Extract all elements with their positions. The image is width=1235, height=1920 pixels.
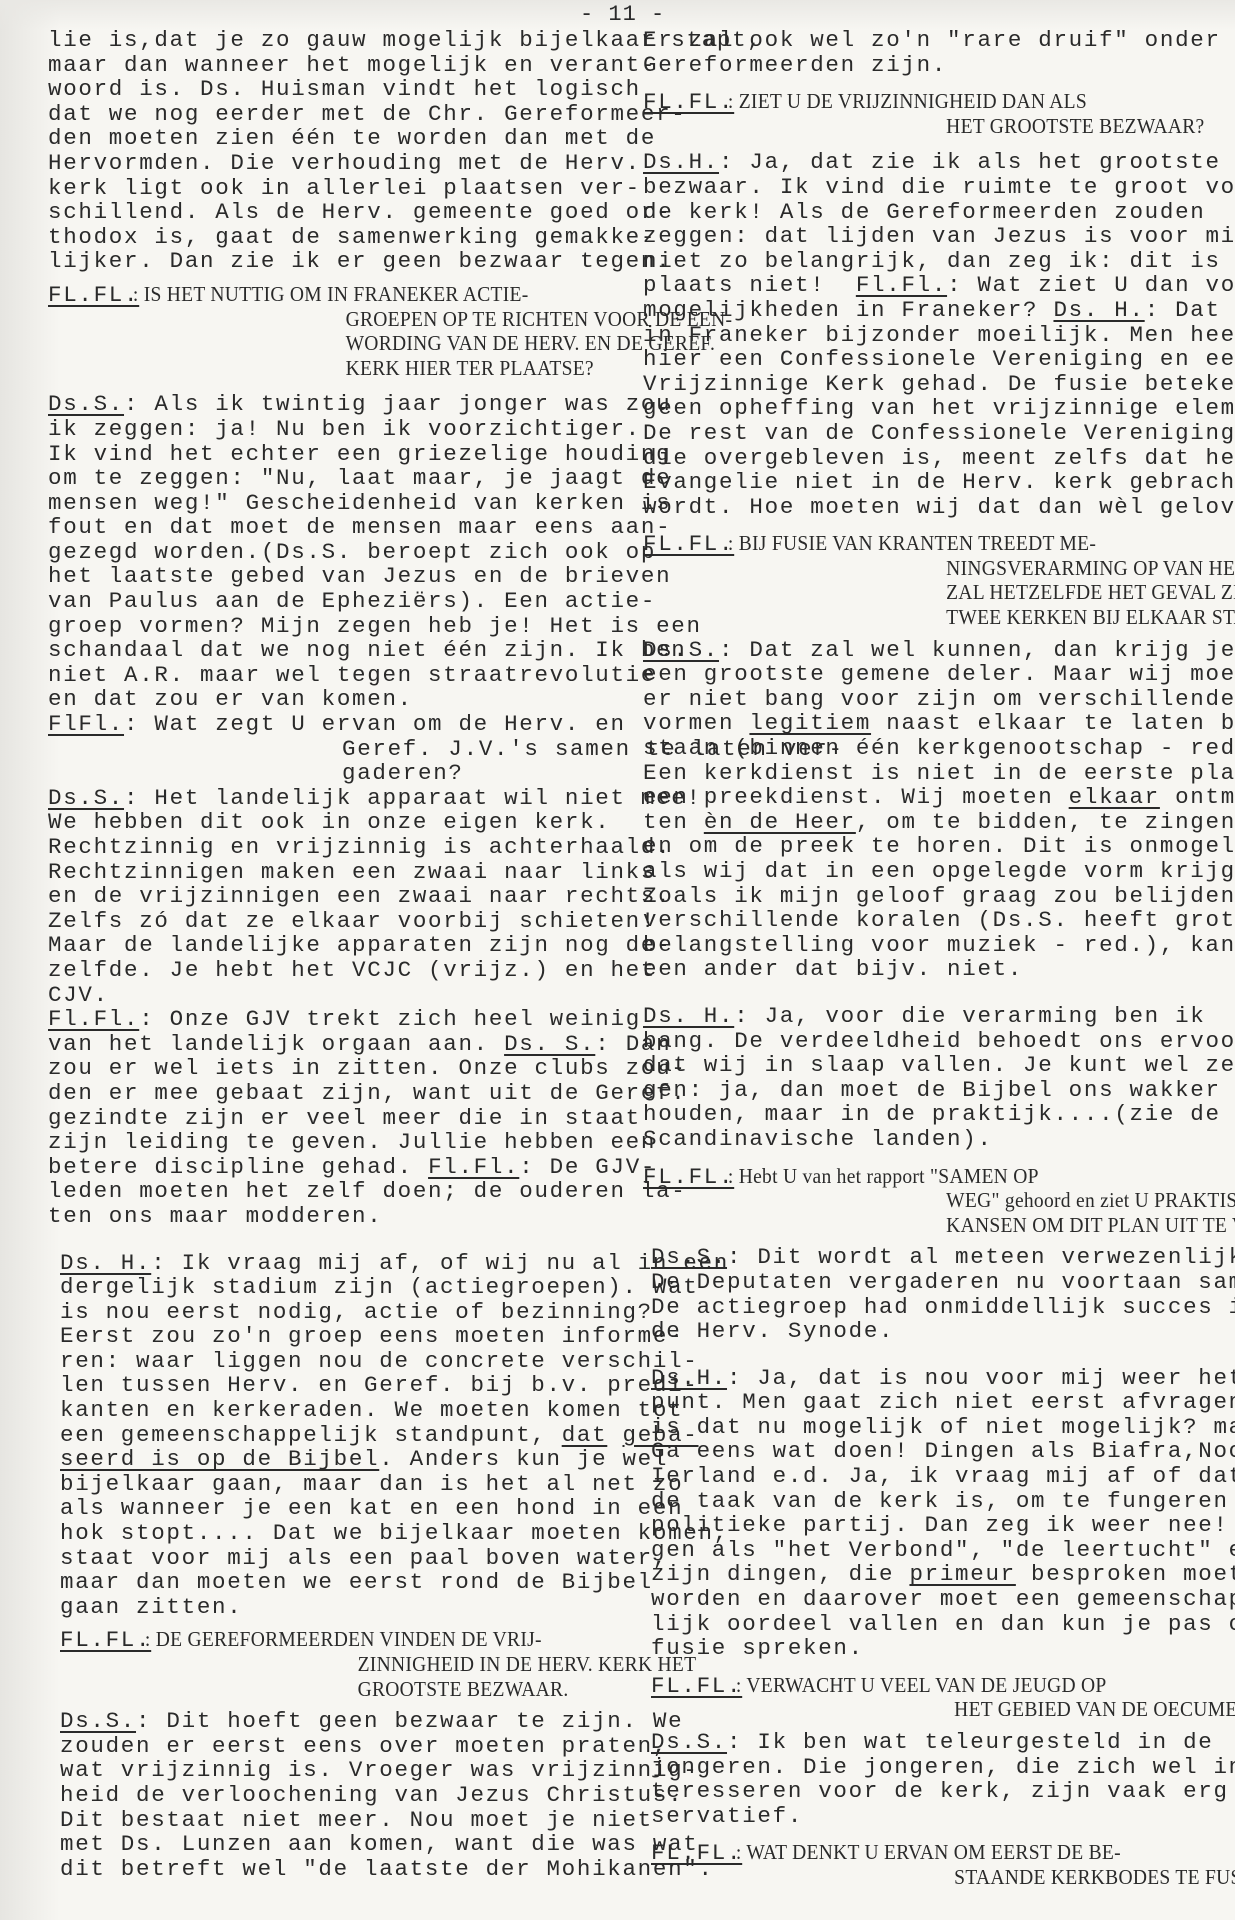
text-line: de kerk! Als de Gereformeerden zouden bbox=[643, 200, 1223, 225]
question-line: FL.FL.: VERWACHT U VEEL VAN DE JEUGD OP bbox=[651, 1673, 1183, 1698]
question-block: FL.FL.: BIJ FUSIE VAN KRANTEN TREEDT ME-… bbox=[643, 531, 1223, 629]
text-line: hok stopt.... Dat we bijelkaar moeten ko… bbox=[60, 1521, 623, 1546]
text-line: mogelijkheden in Franeker? Ds. H.: Dat l… bbox=[643, 298, 1223, 323]
text-line: dit betreft wel "de laatste der Mohikane… bbox=[60, 1857, 623, 1882]
text-line: en de vrijzinnigen een zwaai naar rechts… bbox=[48, 884, 623, 909]
text-line: er niet bang voor zijn om verschillende bbox=[643, 687, 1223, 712]
question-line: FL.FL.: WAT DENKT U ERVAN OM EERST DE BE… bbox=[651, 1840, 1183, 1865]
text-line: Ierland e.d. Ja, ik vraag mij af of dat … bbox=[651, 1464, 1223, 1489]
question-block: FL.FL.: Hebt U van het rapport "SAMEN OP… bbox=[643, 1164, 1223, 1238]
speaker-label: Ds.H. bbox=[643, 149, 719, 175]
text-line: Er zal ook wel zo'n "rare druif" onder d… bbox=[643, 28, 1223, 53]
text-line: Zelfs zó dat ze elkaar voorbij schieten! bbox=[48, 909, 623, 934]
text-line: Ds.H.: Ja, dat is nou voor mij weer het bbox=[651, 1366, 1223, 1391]
question-line: WEG" gehoord en ziet U PRAKTISCHE bbox=[643, 1188, 1182, 1213]
text-line: staat voor mij als een paal boven water, bbox=[60, 1546, 623, 1571]
text-line: hier een Confessionele Vereniging en een bbox=[643, 347, 1223, 372]
text-line: mensen weg!" Gescheidenheid van kerken i… bbox=[48, 491, 623, 516]
text-line: teresseren voor de kerk, zijn vaak erg c… bbox=[651, 1779, 1223, 1804]
text-line: FlFl.: Wat zegt U ervan om de Herv. en bbox=[48, 712, 623, 737]
text-line: Ds.S.: Als ik twintig jaar jonger was zo… bbox=[48, 392, 623, 417]
text-line: ten ons maar modderen. bbox=[48, 1204, 623, 1229]
speaker-label: Fl.Fl. bbox=[428, 1154, 519, 1180]
text-line: gezindte zijn er veel meer die in staat bbox=[48, 1106, 623, 1131]
text-line: heid de verloochening van Jezus Christus… bbox=[60, 1783, 623, 1808]
text-line: een gemeenschappelijk standpunt, dat geb… bbox=[60, 1423, 623, 1448]
text-line: groep vormen? Mijn zegen heb je! Het is … bbox=[48, 614, 623, 639]
text-line: die overgebleven is, meent zelfs dat het bbox=[643, 446, 1223, 471]
text-line: len tussen Herv. en Geref. bij b.v. pred… bbox=[60, 1373, 623, 1398]
text-line: lijker. Dan zie ik er geen bezwaar tegen… bbox=[48, 249, 623, 274]
text-line: Gereformeerden zijn. bbox=[643, 53, 1223, 78]
text-line: wordt. Hoe moeten wij dat dan wèl gelove… bbox=[643, 495, 1223, 520]
answer-block-mixed: Ds.H.: Ja, dat is nou voor mij weer het … bbox=[643, 1366, 1223, 1661]
text-line: Geref. J.V.'s samen te laten ver- bbox=[48, 737, 623, 762]
question-line: FL.FL.: DE GEREFORMEERDEN VINDEN DE VRIJ… bbox=[60, 1627, 584, 1652]
answer-block: Ds.S.: Ik ben wat teleurgesteld in dejon… bbox=[643, 1730, 1223, 1828]
text-line: en om de preek te horen. Dit is onmogeli… bbox=[643, 834, 1223, 859]
text-line: Ds. H.: Ik vraag mij af, of wij nu al in… bbox=[60, 1251, 623, 1276]
question-line: FL.FL.: ZIET U DE VRIJZINNIGHEID DAN ALS bbox=[643, 89, 1182, 114]
text-line: jongeren. Die jongeren, die zich wel in- bbox=[651, 1755, 1223, 1780]
text-line: een preekdienst. Wij moeten elkaar ontmo… bbox=[643, 785, 1223, 810]
text-line: van het landelijk orgaan aan. Ds. S.: Da… bbox=[48, 1032, 623, 1057]
speaker-label: Ds.S. bbox=[651, 1244, 727, 1270]
speaker-label: Ds. H. bbox=[643, 1003, 734, 1029]
text-line: Rechtzinnigen maken een zwaai naar links bbox=[48, 860, 623, 885]
question-line: ZINNIGHEID IN DE HERV. KERK HET bbox=[60, 1652, 584, 1677]
question-line: HET GEBIED VAN DE OECUMENE? bbox=[651, 1697, 1183, 1722]
text-line: de Herv. Synode. bbox=[651, 1319, 1223, 1344]
text-line: Scandinavische landen). bbox=[643, 1127, 1223, 1152]
text-line: politieke partij. Dan zeg ik weer nee! D… bbox=[651, 1513, 1223, 1538]
text-line: maar dan wanneer het mogelijk en verant- bbox=[48, 53, 623, 78]
text-line: gen als "het Verbond", "de leertucht" en… bbox=[651, 1538, 1223, 1563]
question-block: FL.FL.: VERWACHT U VEEL VAN DE JEUGD OPH… bbox=[643, 1673, 1223, 1722]
text-line: schandaal dat we nog niet één zijn. Ik b… bbox=[48, 638, 623, 663]
question-block: FL.FL.: WAT DENKT U ERVAN OM EERST DE BE… bbox=[643, 1840, 1223, 1889]
text-line: woord is. Ds. Huisman vindt het logisch bbox=[48, 77, 623, 102]
text-line: punt. Men gaat zich niet eerst afvragen: bbox=[651, 1390, 1223, 1415]
answer-block: Ds.S.: Dit hoeft geen bezwaar te zijn. W… bbox=[48, 1709, 623, 1881]
text-line: worden en daarover moet een gemeenschapp… bbox=[651, 1587, 1223, 1612]
text-line: belangstelling voor muziek - red.), kan bbox=[643, 933, 1223, 958]
question-line: WORDING VAN DE HERV. EN DE GEREF. bbox=[48, 331, 583, 356]
text-line: Ds.S.: Dit hoeft geen bezwaar te zijn. W… bbox=[60, 1709, 623, 1734]
speaker-label: FL.FL. bbox=[651, 1674, 742, 1699]
text-line: Ds.S.: Dit wordt al meteen verwezenlijkt… bbox=[651, 1245, 1223, 1270]
speaker-label: FL.FL. bbox=[643, 532, 734, 557]
text-line: ik zeggen: ja! Nu ben ik voorzichtiger. bbox=[48, 417, 623, 442]
right-column: Er zal ook wel zo'n "rare druif" onder d… bbox=[643, 28, 1223, 1890]
text-line: geen opheffing van het vrijzinnige eleme… bbox=[643, 396, 1223, 421]
text-line: van Paulus aan de Epheziërs). Een actie- bbox=[48, 589, 623, 614]
question-block: FL.FL.: ZIET U DE VRIJZINNIGHEID DAN ALS… bbox=[643, 89, 1223, 138]
text-line: bezwaar. Ik vind die ruimte te groot voo… bbox=[643, 175, 1223, 200]
answer-block: Ds. H.: Ja, voor die verarming ben ikban… bbox=[643, 1004, 1223, 1152]
speaker-label: FL.FL. bbox=[48, 283, 139, 308]
question-line: TWEE KERKEN BIJ ELKAAR STAPPEN? bbox=[643, 605, 1182, 630]
text-line: Ds.H.: Ja, dat zie ik als het grootste bbox=[643, 150, 1223, 175]
answer-block: Ds.S.: Het landelijk apparaat wil niet m… bbox=[48, 786, 623, 1007]
text-line: Zoals ik mijn geloof graag zou belijden … bbox=[643, 884, 1223, 909]
text-line: met Ds. Lunzen aan komen, want die was w… bbox=[60, 1832, 623, 1857]
text-line: We hebben dit ook in onze eigen kerk. bbox=[48, 810, 623, 835]
text-line: plaats niet! Fl.Fl.: Wat ziet U dan voor bbox=[643, 273, 1223, 298]
text-line: als wij dat in een opgelegde vorm krijge… bbox=[643, 859, 1223, 884]
text-line: vormen legitiem naast elkaar te laten be… bbox=[643, 711, 1223, 736]
speaker-label: Ds.S. bbox=[651, 1729, 727, 1755]
speaker-label: Ds.H. bbox=[651, 1365, 727, 1391]
text-line: bang. De verdeeldheid behoedt ons ervoor bbox=[643, 1029, 1223, 1054]
text-line: Eerst zou zo'n groep eens moeten informe… bbox=[60, 1324, 623, 1349]
question-block: FL.FL.: IS HET NUTTIG OM IN FRANEKER ACT… bbox=[48, 282, 623, 380]
text-line: Fl.Fl.: Onze GJV trekt zich heel weinig bbox=[48, 1007, 623, 1032]
text-line: zeggen: dat lijden van Jezus is voor mij bbox=[643, 224, 1223, 249]
question-line: ZAL HETZELFDE HET GEVAL ZIJN ALS bbox=[643, 580, 1182, 605]
question-line: STAANDE KERKBODES TE FUSEREN bbox=[651, 1865, 1183, 1890]
text-line: den moeten zien één te worden dan met de bbox=[48, 126, 623, 151]
speaker-label: FL.FL. bbox=[643, 90, 734, 115]
text-line: CJV. bbox=[48, 983, 623, 1008]
text-line: is nou eerst nodig, actie of bezinning? bbox=[60, 1300, 623, 1325]
text-line: Evangelie niet in de Herv. kerk gebracht bbox=[643, 470, 1223, 495]
text-line: gaan zitten. bbox=[60, 1595, 623, 1620]
text-line: en dat zou er van komen. bbox=[48, 687, 623, 712]
text-line: seerd is op de Bijbel. Anders kun je wel bbox=[60, 1447, 623, 1472]
paragraph-continuation: lie is,dat je zo gauw mogelijk bijelkaar… bbox=[48, 28, 623, 274]
text-line: Ik vind het echter een griezelige houdin… bbox=[48, 442, 623, 467]
answer-block-mixed: Ds.H.: Ja, dat zie ik als het grootste b… bbox=[643, 150, 1223, 519]
speaker-label: Ds.S. bbox=[48, 391, 124, 417]
text-line: kanten en kerkeraden. We moeten komen to… bbox=[60, 1398, 623, 1423]
text-line: De actiegroep had onmiddellijk succes in bbox=[651, 1295, 1223, 1320]
speaker-label: Ds. S. bbox=[504, 1031, 595, 1057]
text-line: lie is,dat je zo gauw mogelijk bijelkaar… bbox=[48, 28, 623, 53]
answer-block: Ds.S.: Als ik twintig jaar jonger was zo… bbox=[48, 392, 623, 712]
text-line: maar dan moeten we eerst rond de Bijbel bbox=[60, 1570, 623, 1595]
text-line: verschillende koralen (Ds.S. heeft grote bbox=[643, 908, 1223, 933]
text-line: gezegd worden.(Ds.S. beroept zich ook op bbox=[48, 540, 623, 565]
left-column: lie is,dat je zo gauw mogelijk bijelkaar… bbox=[48, 28, 623, 1881]
speaker-label: FlFl. bbox=[48, 711, 124, 737]
text-line: zijn dingen, die primeur besproken moete… bbox=[651, 1562, 1223, 1587]
answer-block: Ds.S.: Dit wordt al meteen verwezenlijkt… bbox=[643, 1245, 1223, 1343]
text-line: fusie spreken. bbox=[651, 1636, 1223, 1661]
speaker-label: Fl.Fl. bbox=[48, 1006, 139, 1032]
question-line: KANSEN OM DIT PLAN UIT TE VOEREN? bbox=[643, 1213, 1182, 1238]
text-line: gaderen? bbox=[48, 761, 623, 786]
text-line: Hervormden. Die verhouding met de Herv. bbox=[48, 151, 623, 176]
speaker-label: Ds.S. bbox=[643, 637, 719, 663]
question-line: FL.FL.: BIJ FUSIE VAN KRANTEN TREEDT ME- bbox=[643, 531, 1182, 556]
text-line: Maar de landelijke apparaten zijn nog de… bbox=[48, 933, 623, 958]
text-line: houden, maar in de praktijk....(zie de bbox=[643, 1102, 1223, 1127]
text-line: de taak van de kerk is, om te fungeren a… bbox=[651, 1489, 1223, 1514]
text-line: zelfde. Je hebt het VCJC (vrijz.) en het bbox=[48, 958, 623, 983]
text-line: dat we nog eerder met de Chr. Gereformee… bbox=[48, 102, 623, 127]
text-line: wat vrijzinnig is. Vroeger was vrijzinni… bbox=[60, 1758, 623, 1783]
text-line: bijelkaar gaan, maar dan is het al net z… bbox=[60, 1472, 623, 1497]
text-line: Vrijzinnige Kerk gehad. De fusie beteken… bbox=[643, 372, 1223, 397]
text-line: om te zeggen: "Nu, laat maar, je jaagt d… bbox=[48, 466, 623, 491]
text-line: Rechtzinnig en vrijzinnig is achterhaald… bbox=[48, 835, 623, 860]
text-line: thodox is, gaat de samenwerking gemakke- bbox=[48, 225, 623, 250]
text-line: fout en dat moet de mensen maar eens aan… bbox=[48, 515, 623, 540]
question-block: FL.FL.: DE GEREFORMEERDEN VINDEN DE VRIJ… bbox=[48, 1627, 623, 1701]
text-line: den er mee gebaat zijn, want uit de Gere… bbox=[48, 1081, 623, 1106]
question-line: FL.FL.: IS HET NUTTIG OM IN FRANEKER ACT… bbox=[48, 282, 583, 307]
question-line: NINGSVERARMING OP VAN HET VOLK. bbox=[643, 556, 1182, 581]
text-line: De rest van de Confessionele Vereniging bbox=[643, 421, 1223, 446]
text-line: een grootste gemene deler. Maar wij moet… bbox=[643, 662, 1223, 687]
text-line: ten èn de Heer, om te bidden, te zingen bbox=[643, 810, 1223, 835]
text-line: een ander dat bijv. niet. bbox=[643, 957, 1223, 982]
text-line: De Deputaten vergaderen nu voortaan same… bbox=[651, 1270, 1223, 1295]
text-line: Dit bestaat niet meer. Nou moet je niet bbox=[60, 1808, 623, 1833]
answer-block-mixed: Ds.S.: Dat zal wel kunnen, dan krijg je … bbox=[643, 638, 1223, 982]
text-line: Ds.S.: Ik ben wat teleurgesteld in de bbox=[651, 1730, 1223, 1755]
text-line: leden moeten het zelf doen; de ouderen l… bbox=[48, 1179, 623, 1204]
text-line: zijn leiding te geven. Jullie hebben een bbox=[48, 1130, 623, 1155]
text-line: dat wij in slaap vallen. Je kunt wel zeg… bbox=[643, 1053, 1223, 1078]
text-line: schillend. Als de Herv. gemeente goed or… bbox=[48, 200, 623, 225]
text-line: Ga eens wat doen! Dingen als Biafra,Noor… bbox=[651, 1439, 1223, 1464]
answer-block-mixed: Fl.Fl.: Onze GJV trekt zich heel weinig … bbox=[48, 1007, 623, 1228]
paragraph-continuation: Er zal ook wel zo'n "rare druif" onder d… bbox=[643, 28, 1223, 77]
text-line: Ds.S.: Het landelijk apparaat wil niet m… bbox=[48, 786, 623, 811]
text-line: als wanneer je een kat en een hond in ee… bbox=[60, 1496, 623, 1521]
question-line: FL.FL.: Hebt U van het rapport "SAMEN OP bbox=[643, 1164, 1182, 1189]
text-line: het laatste gebed van Jezus en de brieve… bbox=[48, 564, 623, 589]
text-line: kerk ligt ook in allerlei plaatsen ver- bbox=[48, 176, 623, 201]
speaker-label: FL.FL. bbox=[643, 1165, 734, 1190]
text-line: zou er wel iets in zitten. Onze clubs zo… bbox=[48, 1056, 623, 1081]
text-line: betere discipline gehad. Fl.Fl.: De GJV- bbox=[48, 1155, 623, 1180]
text-line: Ds. H.: Ja, voor die verarming ben ik bbox=[643, 1004, 1223, 1029]
speaker-label: Ds.S. bbox=[48, 785, 124, 811]
question-line: KERK HIER TER PLAATSE? bbox=[48, 356, 583, 381]
speaker-label: Ds.S. bbox=[60, 1708, 136, 1734]
text-line: ren: waar liggen nou de concrete verschi… bbox=[60, 1349, 623, 1374]
speaker-label: FL.FL. bbox=[651, 1841, 742, 1866]
text-line: zouden er eerst eens over moeten praten, bbox=[60, 1734, 623, 1759]
speaker-label: Fl.Fl. bbox=[856, 272, 947, 298]
text-line: lijk oordeel vallen en dan kun je pas ov… bbox=[651, 1612, 1223, 1637]
speaker-label: Ds. H. bbox=[1053, 297, 1144, 323]
answer-block: Ds. H.: Ik vraag mij af, of wij nu al in… bbox=[48, 1251, 623, 1620]
question-inline-block: FlFl.: Wat zegt U ervan om de Herv. enGe… bbox=[48, 712, 623, 786]
speaker-label: FL.FL. bbox=[60, 1628, 151, 1653]
question-line: GROOTSTE BEZWAAR. bbox=[60, 1677, 584, 1702]
speaker-label: Ds. H. bbox=[60, 1250, 151, 1276]
text-line: in Franeker bijzonder moeilijk. Men heef… bbox=[643, 323, 1223, 348]
question-line: HET GROOTSTE BEZWAAR? bbox=[643, 114, 1182, 139]
text-line: servatief. bbox=[651, 1804, 1223, 1829]
text-line: Ds.S.: Dat zal wel kunnen, dan krijg je bbox=[643, 638, 1223, 663]
page-number: - 11 - bbox=[580, 2, 665, 27]
text-line: niet A.R. maar wel tegen straatrevolutie bbox=[48, 663, 623, 688]
text-line: Een kerkdienst is niet in de eerste plaa… bbox=[643, 761, 1223, 786]
question-line: GROEPEN OP TE RICHTEN VOOR DE EEN- bbox=[48, 307, 583, 332]
text-line: staan (binnen één kerkgenootschap - red.… bbox=[643, 736, 1223, 761]
text-line: dergelijk stadium zijn (actiegroepen). W… bbox=[60, 1275, 623, 1300]
text-line: niet zo belangrijk, dan zeg ik: dit is m… bbox=[643, 249, 1223, 274]
text-line: is dat nu mogelijk of niet mogelijk? maa… bbox=[651, 1415, 1223, 1440]
text-line: gen: ja, dan moet de Bijbel ons wakker bbox=[643, 1078, 1223, 1103]
